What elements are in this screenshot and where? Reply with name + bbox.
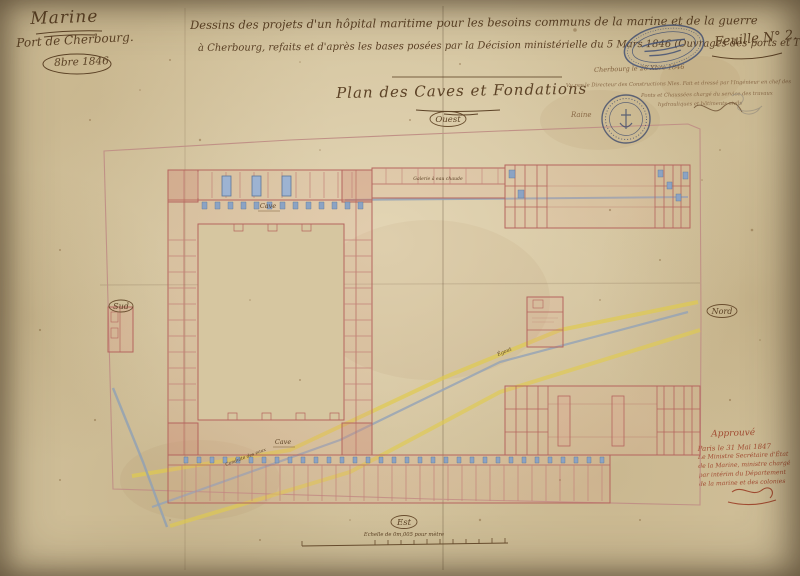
north-gallery (372, 168, 505, 198)
review-signature-flourish (694, 103, 742, 112)
compass-west: Ouest (435, 115, 461, 125)
plan-drawing: Cave Cave Galerie à eau chaude Égout Con… (0, 0, 800, 576)
approval-signature-flourish (728, 488, 776, 505)
warm-gallery-label: Galerie à eau chaude (413, 175, 463, 182)
cellar-label-south: Cave (275, 438, 292, 446)
cellar-label-north: Cave (260, 202, 277, 210)
west-outbuilding (108, 307, 133, 352)
compass-north: Nord (711, 307, 733, 316)
scanned-plan-sheet: Marine Port de Cherbourg. 8bre 1846 Feui… (0, 0, 800, 576)
round-stamp (602, 95, 650, 143)
signature-flourishes (694, 94, 776, 505)
southeast-building (505, 386, 700, 455)
northeast-building (505, 165, 690, 228)
central-east-block (527, 297, 563, 347)
compass-east: Est (396, 518, 412, 528)
compass-south: Sud (113, 302, 129, 311)
scale-bar: Echelle de 0m,005 pour mètre (302, 531, 508, 546)
scale-caption: Echelle de 0m,005 pour mètre (363, 531, 444, 538)
quadrangle-building (168, 170, 372, 455)
